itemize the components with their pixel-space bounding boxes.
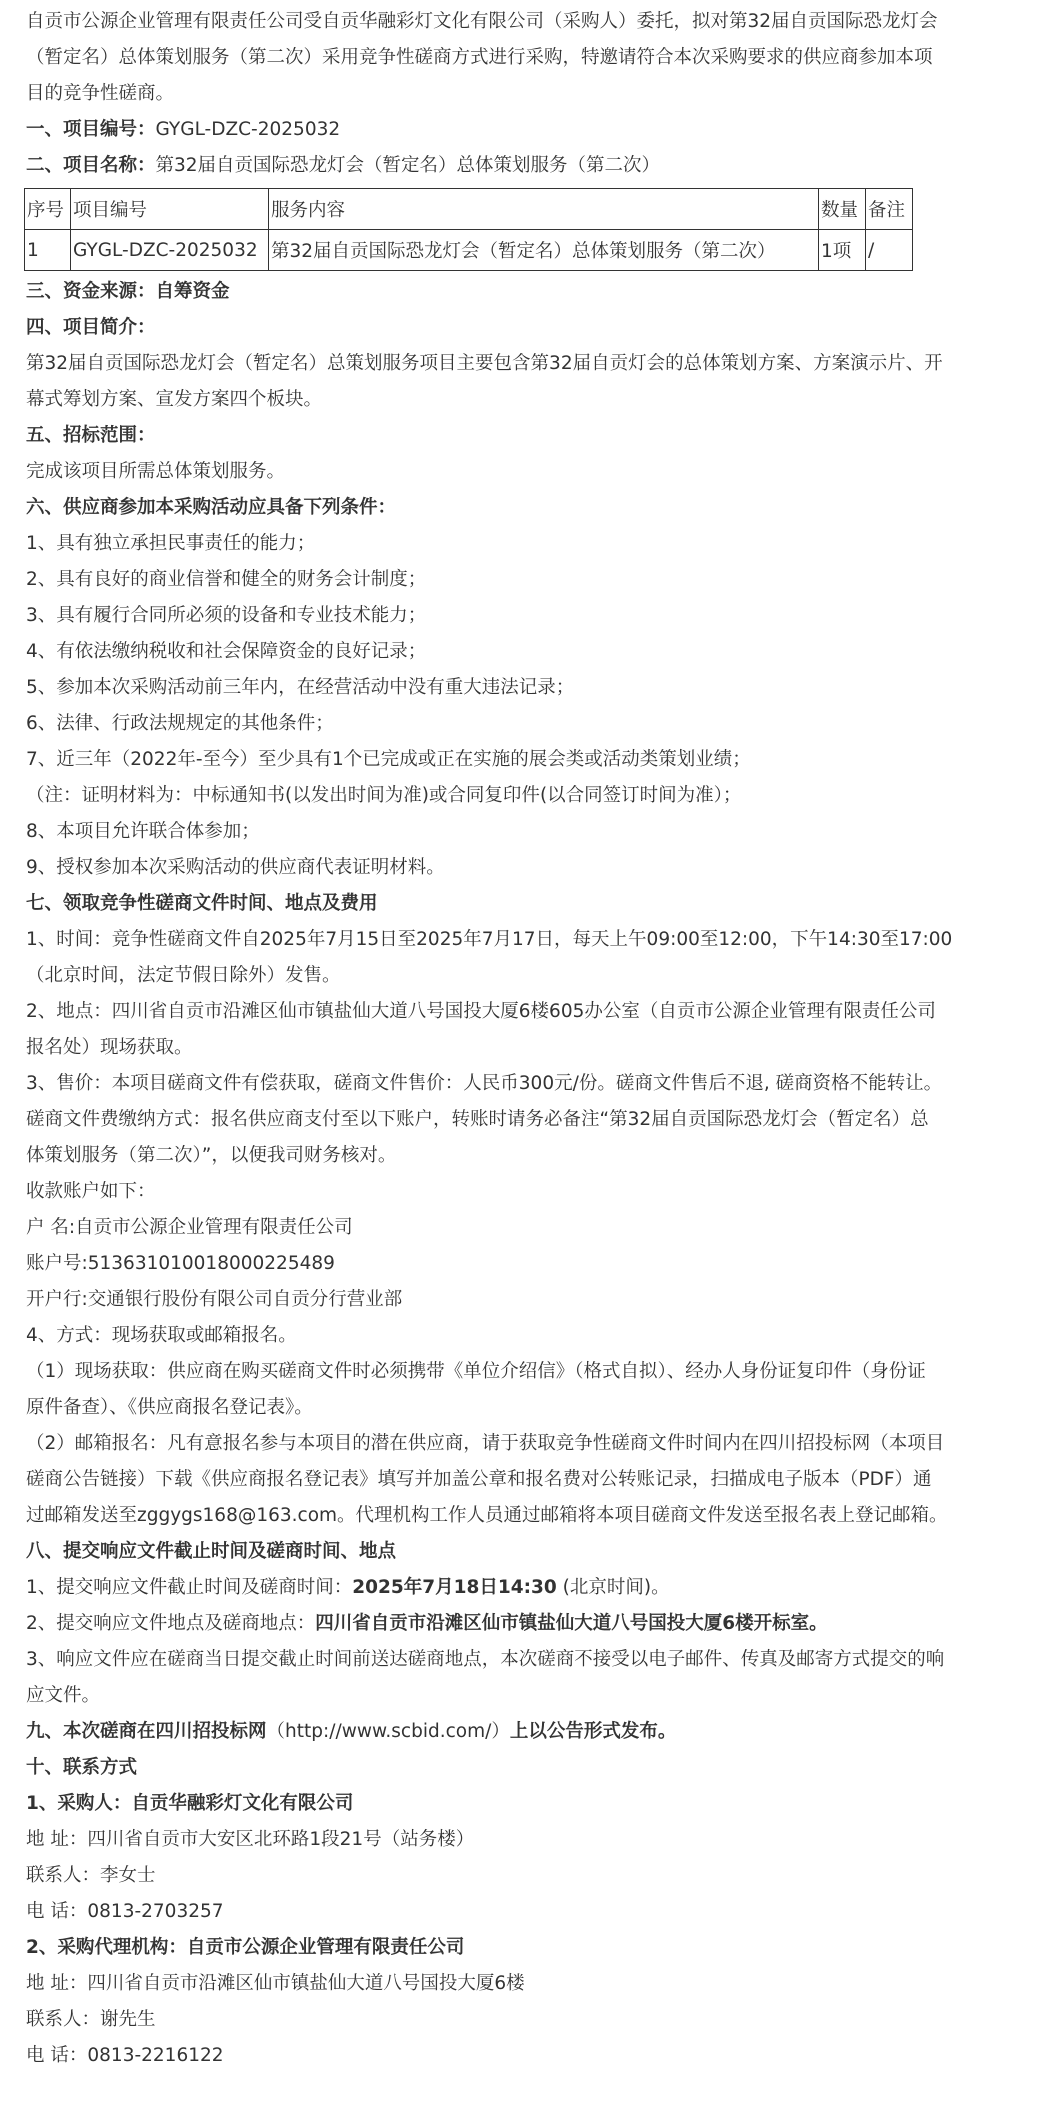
- table-header: 服务内容: [269, 189, 819, 230]
- section-heading: 十、联系方式: [26, 1750, 1011, 1786]
- paragraph-line: 收款账户如下：: [26, 1174, 1011, 1210]
- section-heading: 三、资金来源：: [26, 281, 156, 302]
- intro-line: 自贡市公源企业管理有限责任公司受自贡华融彩灯文化有限公司（采购人）委托，拟对第3…: [26, 4, 1011, 40]
- table-cell: 1: [25, 230, 71, 271]
- paragraph-line: 4、方式：现场获取或邮箱报名。: [26, 1318, 1011, 1354]
- paragraph-line: （2）邮箱报名：凡有意报名参与本项目的潜在供应商，请于获取竞争性磋商文件时间内在…: [26, 1426, 1011, 1462]
- agency-contact: 联系人：谢先生: [26, 2002, 1011, 2038]
- intro-line: 目的竞争性磋商。: [26, 76, 1011, 112]
- project-table: 序号 项目编号 服务内容 数量 备注 1 GYGL-DZC-2025032 第3…: [24, 188, 913, 271]
- paragraph-line: 完成该项目所需总体策划服务。: [26, 454, 1011, 490]
- agency-phone: 电 话：0813-2216122: [26, 2038, 1011, 2074]
- funding-source: 自筹资金: [156, 281, 230, 302]
- list-item: 4、有依法缴纳税收和社会保障资金的良好记录；: [26, 634, 1011, 670]
- announcement-document: 自贡市公源企业管理有限责任公司受自贡华融彩灯文化有限公司（采购人）委托，拟对第3…: [0, 0, 1011, 2074]
- table-header: 项目编号: [71, 189, 269, 230]
- deadline-label: 1、提交响应文件截止时间及磋商时间：: [26, 1577, 352, 1598]
- deadline-suffix: (北京时间)。: [557, 1577, 670, 1598]
- table-header: 序号: [25, 189, 71, 230]
- section-heading: 五、招标范围：: [26, 418, 1011, 454]
- paragraph-line: （1）现场获取：供应商在购买磋商文件时必须携带《单位介绍信》（格式自拟）、经办人…: [26, 1354, 1011, 1390]
- agency-heading: 2、采购代理机构：自贡市公源企业管理有限责任公司: [26, 1930, 1011, 1966]
- paragraph-line: 应文件。: [26, 1678, 1011, 1714]
- intro-line: （暂定名）总体策划服务（第二次）采用竞争性磋商方式进行采购，特邀请符合本次采购要…: [26, 40, 1011, 76]
- section-heading: 六、供应商参加本采购活动应具备下列条件：: [26, 490, 1011, 526]
- location-value: 四川省自贡市沿滩区仙市镇盐仙大道八号国投大厦6楼开标室。: [315, 1613, 827, 1634]
- list-item: 8、本项目允许联合体参加；: [26, 814, 1011, 850]
- paragraph-line: 原件备查）、《供应商报名登记表》。: [26, 1390, 1011, 1426]
- website-link[interactable]: （http://www.scbid.com/）: [267, 1721, 510, 1742]
- table-row: 1 GYGL-DZC-2025032 第32届自贡国际恐龙灯会（暂定名）总体策划…: [25, 230, 913, 271]
- paragraph-line: 报名处）现场获取。: [26, 1030, 1011, 1066]
- section-heading: 四、项目简介：: [26, 310, 1011, 346]
- table-cell: 第32届自贡国际恐龙灯会（暂定名）总体策划服务（第二次）: [269, 230, 819, 271]
- section-heading: 二、项目名称：: [26, 155, 156, 176]
- project-name: 第32届自贡国际恐龙灯会（暂定名）总体策划服务（第二次）: [156, 155, 661, 176]
- project-name-row: 二、项目名称：第32届自贡国际恐龙灯会（暂定名）总体策划服务（第二次）: [26, 148, 1011, 184]
- section-heading: 一、项目编号：: [26, 119, 156, 140]
- account-name: 户 名:自贡市公源企业管理有限责任公司: [26, 1210, 1011, 1246]
- table-cell: 1项: [819, 230, 866, 271]
- purchaser-phone: 电 话：0813-2703257: [26, 1894, 1011, 1930]
- paragraph-line: 磋商公告链接）下载《供应商报名登记表》填写并加盖公章和报名费对公转账记录，扫描成…: [26, 1462, 1011, 1498]
- list-item: 6、法律、行政法规规定的其他条件；: [26, 706, 1011, 742]
- location-label: 2、提交响应文件地点及磋商地点：: [26, 1613, 315, 1634]
- list-item: 3、具有履行合同所必须的设备和专业技术能力；: [26, 598, 1011, 634]
- deadline-row: 1、提交响应文件截止时间及磋商时间：2025年7月18日14:30 (北京时间)…: [26, 1570, 1011, 1606]
- bank-name: 开户行:交通银行股份有限公司自贡分行营业部: [26, 1282, 1011, 1318]
- paragraph-line: 2、地点：四川省自贡市沿滩区仙市镇盐仙大道八号国投大厦6楼605办公室（自贡市公…: [26, 994, 1011, 1030]
- list-item: 5、参加本次采购活动前三年内，在经营活动中没有重大违法记录；: [26, 670, 1011, 706]
- list-item: 7、近三年（2022年-至今）至少具有1个已完成或正在实施的展会类或活动类策划业…: [26, 742, 1011, 778]
- table-header: 备注: [866, 189, 913, 230]
- paragraph-line: 体策划服务（第二次）”，以便我司财务核对。: [26, 1138, 1011, 1174]
- list-item: 1、具有独立承担民事责任的能力；: [26, 526, 1011, 562]
- table-cell: GYGL-DZC-2025032: [71, 230, 269, 271]
- project-number-row: 一、项目编号：GYGL-DZC-2025032: [26, 112, 1011, 148]
- paragraph-line: 第32届自贡国际恐龙灯会（暂定名）总策划服务项目主要包含第32届自贡灯会的总体策…: [26, 346, 1011, 382]
- account-number: 账户号:513631010018000225489: [26, 1246, 1011, 1282]
- paragraph-line: 3、售价：本项目磋商文件有偿获取，磋商文件售价：人民币300元/份。磋商文件售后…: [26, 1066, 1011, 1102]
- table-header-row: 序号 项目编号 服务内容 数量 备注: [25, 189, 913, 230]
- funding-source-row: 三、资金来源：自筹资金: [26, 274, 1011, 310]
- paragraph-line: 1、时间：竞争性磋商文件自2025年7月15日至2025年7月17日，每天上午0…: [26, 922, 1011, 958]
- table-header: 数量: [819, 189, 866, 230]
- purchaser-contact: 联系人：李女士: [26, 1858, 1011, 1894]
- purchaser-heading: 1、采购人：自贡华融彩灯文化有限公司: [26, 1786, 1011, 1822]
- paragraph-line: 过邮箱发送至zggygs168@163.com。代理机构工作人员通过邮箱将本项目…: [26, 1498, 1011, 1534]
- list-item: 2、具有良好的商业信誉和健全的财务会计制度；: [26, 562, 1011, 598]
- paragraph-line: 3、响应文件应在磋商当日提交截止时间前送达磋商地点，本次磋商不接受以电子邮件、传…: [26, 1642, 1011, 1678]
- paragraph-line: （北京时间，法定节假日除外）发售。: [26, 958, 1011, 994]
- section-heading: 七、领取竞争性磋商文件时间、地点及费用: [26, 886, 1011, 922]
- list-item: 9、授权参加本次采购活动的供应商代表证明材料。: [26, 850, 1011, 886]
- publication-row: 九、本次磋商在四川招投标网（http://www.scbid.com/）上以公告…: [26, 1714, 1011, 1750]
- publication-suffix: 上以公告形式发布。: [510, 1721, 677, 1742]
- section-heading: 九、本次磋商在四川招投标网: [26, 1721, 267, 1742]
- paragraph-line: 幕式筹划方案、宣发方案四个板块。: [26, 382, 1011, 418]
- section-heading: 八、提交响应文件截止时间及磋商时间、地点: [26, 1534, 1011, 1570]
- agency-address: 地 址：四川省自贡市沿滩区仙市镇盐仙大道八号国投大厦6楼: [26, 1966, 1011, 2002]
- table-cell: /: [866, 230, 913, 271]
- list-item-note: （注：证明材料为：中标通知书(以发出时间为准)或合同复印件(以合同签订时间为准）…: [26, 778, 1011, 814]
- project-number: GYGL-DZC-2025032: [156, 119, 341, 140]
- location-row: 2、提交响应文件地点及磋商地点：四川省自贡市沿滩区仙市镇盐仙大道八号国投大厦6楼…: [26, 1606, 1011, 1642]
- paragraph-line: 磋商文件费缴纳方式：报名供应商支付至以下账户，转账时请务必备注“第32届自贡国际…: [26, 1102, 1011, 1138]
- purchaser-address: 地 址：四川省自贡市大安区北环路1段21号（站务楼）: [26, 1822, 1011, 1858]
- deadline-value: 2025年7月18日14:30: [352, 1577, 557, 1598]
